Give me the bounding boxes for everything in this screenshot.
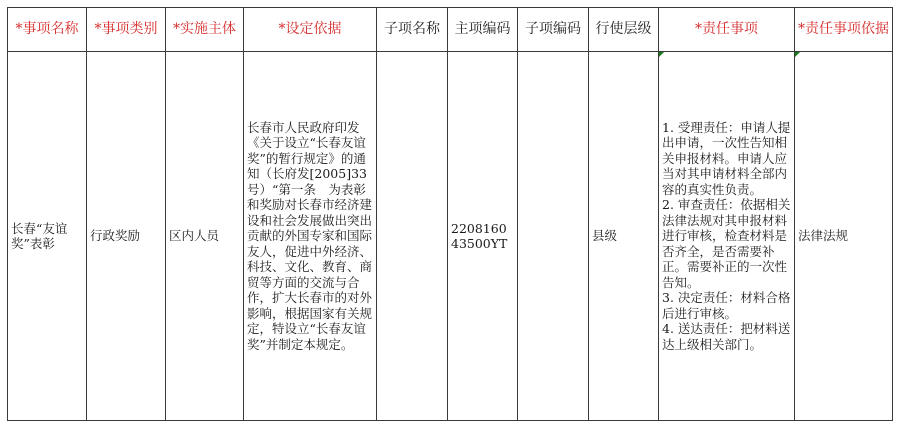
cell-main-item-code[interactable]: 220816043500YT (448, 52, 518, 421)
responsibility-list-table: *事项名称 *事项类别 *实施主体 *设定依据 子项名称 主项编码 子项编码 行… (7, 7, 893, 421)
header-responsibility-basis: *责任事项依据 (795, 8, 893, 52)
cell-responsibilities[interactable]: 1. 受理责任：申请人提出申请，一次性告知相关申报材料。申请人应当对其申请材料全… (659, 52, 795, 421)
cell-exercise-level[interactable]: 县级 (589, 52, 659, 421)
header-responsibilities: *责任事项 (659, 8, 795, 52)
cell-implementing-body[interactable]: 区内人员 (166, 52, 244, 421)
header-item-category: *事项类别 (87, 8, 166, 52)
header-item-name: *事项名称 (8, 8, 87, 52)
cell-item-category[interactable]: 行政奖励 (87, 52, 166, 421)
header-legal-basis: *设定依据 (244, 8, 377, 52)
cell-sub-item-code[interactable] (518, 52, 589, 421)
cell-sub-item-name[interactable] (377, 52, 448, 421)
header-main-item-code: 主项编码 (448, 8, 518, 52)
header-row: *事项名称 *事项类别 *实施主体 *设定依据 子项名称 主项编码 子项编码 行… (8, 8, 893, 52)
header-exercise-level: 行使层级 (589, 8, 659, 52)
cell-item-name[interactable]: 长春“友谊奖”表彰 (8, 52, 87, 421)
responsibility-basis-text: 法律法规 (798, 228, 848, 243)
table-row: 长春“友谊奖”表彰 行政奖励 区内人员 长春市人民政府印发《关于设立“长春友谊奖… (8, 52, 893, 421)
header-sub-item-code: 子项编码 (518, 8, 589, 52)
cell-legal-basis[interactable]: 长春市人民政府印发《关于设立“长春友谊奖”的暂行规定》的通知（长府发[2005]… (244, 52, 377, 421)
header-sub-item-name: 子项名称 (377, 8, 448, 52)
comment-marker-icon (795, 52, 800, 57)
comment-marker-icon (659, 52, 664, 57)
cell-responsibility-basis[interactable]: 法律法规 (795, 52, 893, 421)
header-implementing-body: *实施主体 (166, 8, 244, 52)
responsibilities-text: 1. 受理责任：申请人提出申请，一次性告知相关申报材料。申请人应当对其申请材料全… (662, 120, 790, 352)
